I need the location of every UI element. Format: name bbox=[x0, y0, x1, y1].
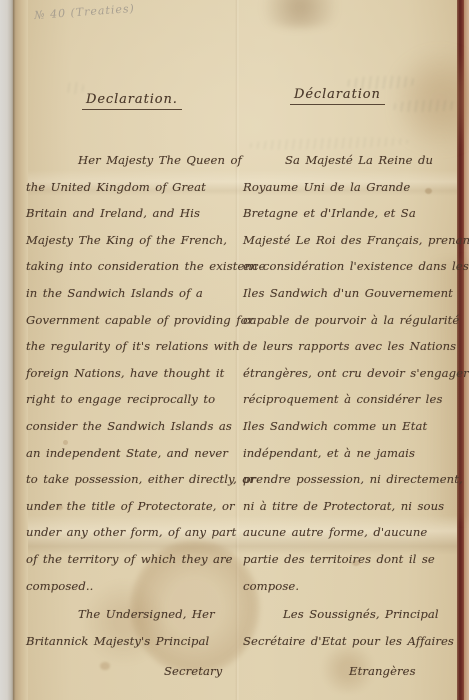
manuscript-line: The Undersigned, Her bbox=[26, 601, 236, 628]
manuscript-line: taking into consideration the existence bbox=[26, 253, 236, 280]
manuscript-line: Majesty The King of the French, bbox=[26, 227, 236, 254]
english-body-text: Her Majesty The Queen ofthe United Kingd… bbox=[26, 147, 236, 599]
english-column: Her Majesty The Queen ofthe United Kingd… bbox=[26, 147, 236, 685]
manuscript-line: right to engage reciprocally to bbox=[26, 386, 236, 413]
heading-english: Declaration. bbox=[82, 92, 182, 110]
manuscript-line: under the title of Protectorate, or bbox=[26, 493, 236, 520]
manuscript-line: partie des territoires dont il se bbox=[243, 546, 461, 573]
manuscript-line: compose. bbox=[243, 573, 461, 600]
manuscript-line: étrangères, ont cru devoir s'engager bbox=[243, 360, 461, 387]
manuscript-line: composed.. bbox=[26, 573, 236, 600]
manuscript-line: réciproquement à considérer les bbox=[243, 386, 461, 413]
manuscript-line: Bretagne et d'Irlande, et Sa bbox=[243, 200, 461, 227]
manuscript-line: Iles Sandwich d'un Gouvernement bbox=[243, 280, 461, 307]
manuscript-line: Iles Sandwich comme un Etat bbox=[243, 413, 461, 440]
manuscript-scan: № 40 (Treaties) Declaration. Déclaration… bbox=[0, 0, 469, 700]
manuscript-line: en considération l'existence dans les bbox=[243, 253, 461, 280]
manuscript-line: Secrétaire d'Etat pour les Affaires bbox=[243, 628, 461, 655]
english-catchword: Secretary bbox=[26, 658, 236, 685]
manuscript-line: Government capable of providing for bbox=[26, 307, 236, 334]
previous-page-edge bbox=[0, 0, 13, 700]
manuscript-line: indépendant, et à ne jamais bbox=[243, 440, 461, 467]
manuscript-line: Sa Majesté La Reine du bbox=[243, 147, 461, 174]
manuscript-line: Britannick Majesty's Principal bbox=[26, 628, 236, 655]
manuscript-line: to take possession, either directly, or bbox=[26, 466, 236, 493]
manuscript-line: the United Kingdom of Great bbox=[26, 174, 236, 201]
manuscript-line: ni à titre de Protectorat, ni sous bbox=[243, 493, 461, 520]
manuscript-line: Her Majesty The Queen of bbox=[26, 147, 236, 174]
manuscript-line: the regularity of it's relations with bbox=[26, 333, 236, 360]
french-catchword: Etrangères bbox=[243, 658, 461, 685]
french-closing-text: Les Soussignés, PrincipalSecrétaire d'Et… bbox=[243, 601, 461, 654]
manuscript-line: aucune autre forme, d'aucune bbox=[243, 519, 461, 546]
manuscript-line: de leurs rapports avec les Nations bbox=[243, 333, 461, 360]
manuscript-line: of the territory of which they are bbox=[26, 546, 236, 573]
heading-french: Déclaration bbox=[290, 87, 385, 105]
french-body-text: Sa Majesté La Reine duRoyaume Uni de la … bbox=[243, 147, 461, 599]
manuscript-line: under any other form, of any part bbox=[26, 519, 236, 546]
manuscript-line: Royaume Uni de la Grande bbox=[243, 174, 461, 201]
manuscript-line: an independent State, and never bbox=[26, 440, 236, 467]
manuscript-line: Majesté Le Roi des Français, prenant bbox=[243, 227, 461, 254]
english-closing-text: The Undersigned, HerBritannick Majesty's… bbox=[26, 601, 236, 654]
manuscript-line: capable de pourvoir à la régularité bbox=[243, 307, 461, 334]
manuscript-line: in the Sandwich Islands of a bbox=[26, 280, 236, 307]
next-page-edge bbox=[464, 0, 469, 700]
manuscript-line: foreign Nations, have thought it bbox=[26, 360, 236, 387]
manuscript-line: prendre possession, ni directement, bbox=[243, 466, 461, 493]
manuscript-line: consider the Sandwich Islands as bbox=[26, 413, 236, 440]
manuscript-line: Britain and Ireland, and His bbox=[26, 200, 236, 227]
manuscript-line: Les Soussignés, Principal bbox=[243, 601, 461, 628]
french-column: Sa Majesté La Reine duRoyaume Uni de la … bbox=[243, 147, 461, 685]
